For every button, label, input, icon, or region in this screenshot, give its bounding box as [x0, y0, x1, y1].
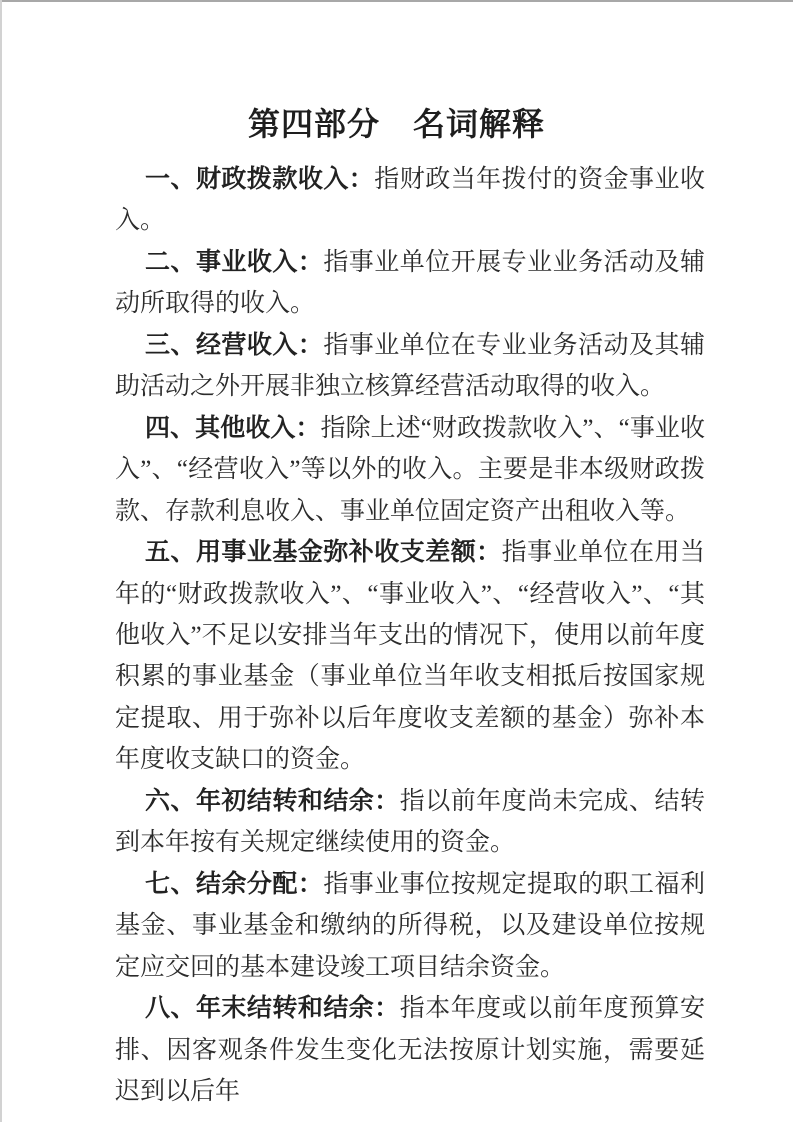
term-label: 五、用事业基金弥补收支差额： [145, 539, 502, 566]
definition-item: 七、结余分配：指事业事位按规定提取的职工福利基金、事业基金和缴纳的所得税，以及建… [115, 864, 705, 988]
page-title: 第四部分 名词解释 [0, 102, 793, 146]
page-edge-top [0, 0, 793, 2]
document-page: 第四部分 名词解释 一、财政拨款收入：指财政当年拨付的资金事业收入。 二、事业收… [0, 0, 793, 1122]
term-label: 三、经营收入： [145, 332, 323, 359]
definition-item: 六、年初结转和结余：指以前年度尚未完成、结转到本年按有关规定继续使用的资金。 [115, 781, 705, 864]
term-definition: 指事业单位在用当年的“财政拨款收入”、“事业收入”、“经营收入”、“其他收入”不… [115, 539, 705, 773]
definition-item: 一、财政拨款收入：指财政当年拨付的资金事业收入。 [115, 159, 705, 242]
term-label: 二、事业收入： [145, 249, 323, 276]
definitions-list: 一、财政拨款收入：指财政当年拨付的资金事业收入。 二、事业收入：指事业单位开展专… [115, 159, 705, 1112]
term-label: 六、年初结转和结余： [145, 788, 400, 815]
definition-item: 四、其他收入：指除上述“财政拨款收入”、“事业收入”、“经营收入”等以外的收入。… [115, 408, 705, 532]
definition-item: 二、事业收入：指事业单位开展专业业务活动及辅动所取得的收入。 [115, 242, 705, 325]
term-label: 八、年末结转和结余： [145, 995, 400, 1022]
definition-item: 三、经营收入：指事业单位在专业业务活动及其辅助活动之外开展非独立核算经营活动取得… [115, 325, 705, 408]
term-label: 七、结余分配： [145, 871, 323, 898]
page-edge-left [0, 0, 2, 1122]
definition-item: 八、年末结转和结余：指本年度或以前年度预算安排、因客观条件发生变化无法按原计划实… [115, 988, 705, 1112]
definition-item: 五、用事业基金弥补收支差额：指事业单位在用当年的“财政拨款收入”、“事业收入”、… [115, 532, 705, 781]
term-label: 一、财政拨款收入： [145, 166, 374, 193]
term-label: 四、其他收入： [145, 415, 321, 442]
